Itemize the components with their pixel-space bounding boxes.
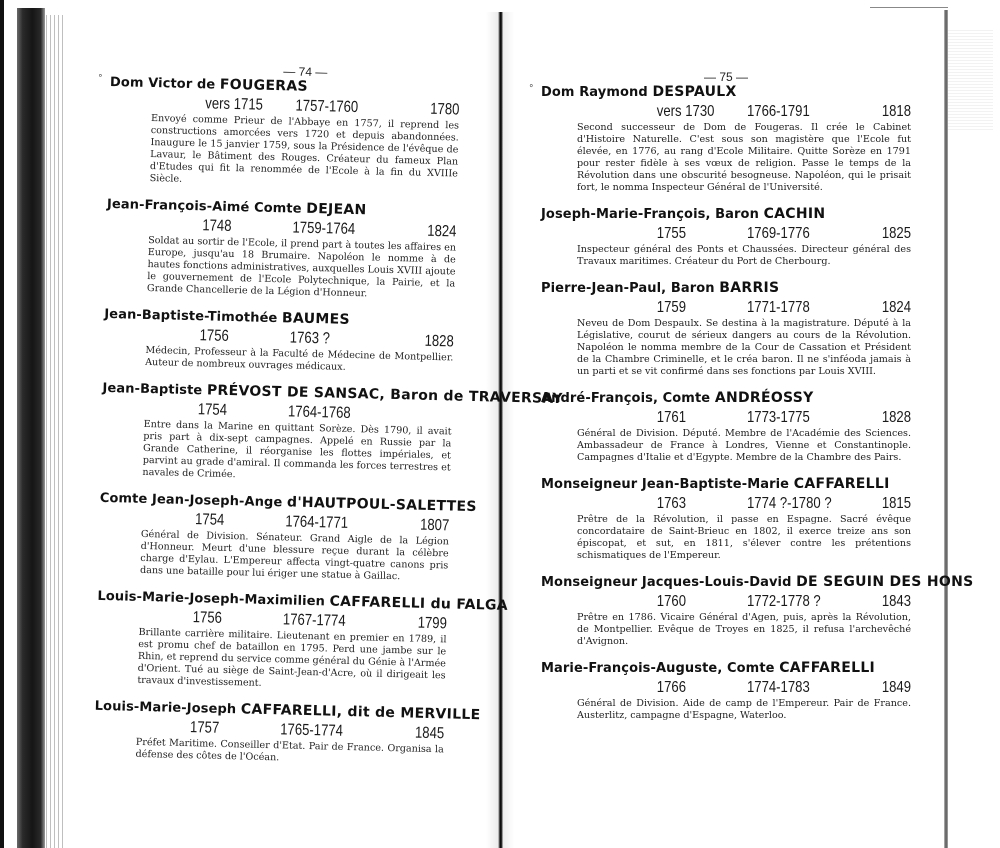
school-years: 1764-1768 [288, 403, 411, 424]
biography-entry: Marie-François-Auguste, Comte CAFFARELLI… [541, 660, 911, 722]
person-name: Monseigneur Jacques-Louis-David DE SEGUI… [541, 574, 911, 591]
center-gutter [498, 12, 503, 848]
biography-text: Général de Division. Député. Membre de l… [577, 428, 911, 464]
biography-text: Général de Division. Aide de camp de l'E… [577, 698, 911, 722]
birth-year: 1766 [657, 679, 747, 697]
person-name: Monseigneur Jean-Baptiste-Marie CAFFAREL… [541, 476, 911, 493]
surname: DE SEGUIN DES HONS [796, 574, 973, 590]
birth-year: 1756 [199, 327, 290, 347]
biography-text: Brillante carrière militaire. Lieutenant… [137, 627, 446, 695]
date-row: 1760 1772-1778 ? 1843 [608, 593, 911, 611]
person-name: Joseph-Marie-François, Baron CACHIN [541, 206, 911, 223]
death-year: 1780 [418, 101, 459, 120]
surname: BAUMES [282, 310, 350, 328]
birth-year: 1760 [657, 593, 747, 611]
death-year: 1828 [870, 409, 911, 427]
school-years: 1766-1791 [747, 103, 870, 121]
date-row: 1763 1774 ?-1780 ? 1815 [608, 495, 911, 513]
person-name: Marie-François-Auguste, Comte CAFFARELLI [541, 660, 911, 677]
right-margin-texture [948, 30, 993, 130]
birth-year: 1755 [657, 225, 747, 243]
given-name: Louis-Marie-Joseph-Maximilien [97, 589, 325, 610]
birth-year: 1748 [202, 217, 293, 237]
biography-entry: Pierre-Jean-Paul, Baron BARRIS 1759 1771… [541, 280, 911, 378]
school-years: 1767-1774 [283, 611, 406, 632]
page-number: — 75 — [541, 70, 911, 84]
biography-entry: ° Dom Raymond DESPAULX vers 1730 1766-17… [541, 84, 911, 194]
biography-entry: Monseigneur Jacques-Louis-David DE SEGUI… [541, 574, 911, 648]
surname: CAFFARELLI du FALGA [329, 593, 508, 613]
person-name: Jean-Baptiste PRÉVOST DE SANSAC, Baron d… [102, 380, 452, 406]
surname: DEJEAN [306, 201, 367, 218]
given-name: Jean-Baptiste-Timothée [104, 307, 277, 326]
school-years: 1774 ?-1780 ? [747, 495, 870, 513]
entry-list: ° Dom Victor de FOUGERAS vers 1715 1757-… [93, 74, 460, 768]
school-years: 1765-1774 [280, 721, 403, 742]
surname: DESPAULX [652, 84, 736, 100]
page-stack-edge [46, 15, 64, 848]
biography-entry: Louis-Marie-Joseph CAFFARELLI, dit de ME… [93, 698, 444, 769]
birth-year: 1756 [193, 609, 284, 629]
person-name: Pierre-Jean-Paul, Baron BARRIS [541, 280, 911, 297]
surname: FOUGERAS [220, 77, 308, 95]
person-name: Jean-Baptiste-Timothée BAUMES [104, 306, 454, 332]
book-binding-edge [17, 8, 45, 848]
person-name: Jean-François-Aimé Comte DEJEAN [107, 196, 457, 222]
biography-entry: ° Dom Victor de FOUGERAS vers 1715 1757-… [108, 74, 461, 193]
biography-text: Second successeur de Dom de Fougeras. Il… [577, 122, 911, 194]
given-name: Comte Jean-Joseph-Ange [100, 491, 283, 510]
school-years: 1759-1764 [292, 219, 415, 240]
birth-year: vers 1730 [657, 103, 747, 121]
entry-marker: ° [529, 84, 534, 94]
biography-entry: Jean-Baptiste PRÉVOST DE SANSAC, Baron d… [100, 380, 452, 487]
death-year: 1843 [870, 593, 911, 611]
school-years: 1757-1760 [295, 98, 418, 119]
biography-text: Envoyé comme Prieur de l'Abbaye en 1757,… [149, 113, 459, 193]
date-row: 1759 1771-1778 1824 [608, 299, 911, 317]
right-page: — 75 — ° Dom Raymond DESPAULX vers 1730 … [541, 0, 911, 734]
given-name: Dom Victor de [110, 75, 216, 93]
death-year: 1824 [870, 299, 911, 317]
given-name: Marie-François-Auguste, Comte [541, 661, 775, 676]
given-name: Louis-Marie-Joseph [95, 699, 237, 717]
given-name: Jean-François-Aimé Comte [107, 197, 302, 217]
date-row: 1761 1773-1775 1828 [608, 409, 911, 427]
given-name: Monseigneur Jean-Baptiste-Marie [541, 477, 789, 492]
death-year: 1815 [870, 495, 911, 513]
person-name: Louis-Marie-Joseph CAFFARELLI, dit de ME… [95, 698, 445, 724]
given-name: Monseigneur Jacques-Louis-David [541, 575, 792, 590]
school-years: 1769-1776 [747, 225, 870, 243]
left-page: — 74 — ° Dom Victor de FOUGERAS vers 171… [93, 0, 462, 780]
biography-text: Entre dans la Marine en quittant Sorèze.… [142, 419, 451, 487]
surname: BARRIS [719, 280, 779, 296]
death-year: 1807 [408, 516, 449, 535]
death-year: 1845 [403, 724, 444, 743]
biography-entry: Monseigneur Jean-Baptiste-Marie CAFFAREL… [541, 476, 911, 562]
school-years: 1773-1775 [747, 409, 870, 427]
biography-text: Neveu de Dom Despaulx. Se destina à la m… [577, 318, 911, 378]
biography-entry: Louis-Marie-Joseph-Maximilien CAFFARELLI… [95, 588, 447, 695]
given-name: Pierre-Jean-Paul, Baron [541, 281, 715, 296]
scan-left-edge [0, 0, 4, 848]
given-name: Joseph-Marie-François, Baron [541, 207, 759, 222]
right-page-edge [944, 10, 948, 848]
biography-text: Général de Division. Sénateur. Grand Aig… [140, 529, 449, 585]
birth-year: 1757 [190, 719, 281, 739]
surname: ANDRÉOSSY [715, 390, 814, 406]
biography-entry: Joseph-Marie-François, Baron CACHIN 1755… [541, 206, 911, 268]
death-year: 1824 [415, 222, 456, 241]
biography-entry: André-François, Comte ANDRÉOSSY 1761 177… [541, 390, 911, 464]
person-name: Dom Raymond DESPAULX [541, 84, 911, 101]
death-year [411, 406, 452, 425]
given-name: Dom Raymond [541, 85, 648, 100]
surname: CAFFARELLI [779, 660, 875, 676]
school-years: 1774-1783 [747, 679, 870, 697]
date-row: 1766 1774-1783 1849 [608, 679, 911, 697]
person-name: Comte Jean-Joseph-Ange d'HAUTPOUL-SALETT… [100, 490, 450, 516]
birth-year: 1761 [657, 409, 747, 427]
school-years: 1763 ? [290, 329, 413, 350]
given-name: Jean-Baptiste [102, 381, 202, 398]
biography-entry: Jean-François-Aimé Comte DEJEAN 1748 175… [105, 196, 457, 303]
death-year: 1799 [406, 614, 447, 633]
given-name: André-François, Comte [541, 391, 710, 406]
biography-entry: Comte Jean-Joseph-Ange d'HAUTPOUL-SALETT… [98, 490, 450, 585]
birth-year: 1754 [198, 401, 289, 421]
biography-text: Prêtre en 1786. Vicaire Général d'Agen, … [577, 612, 911, 648]
biography-entry: Jean-Baptiste-Timothée BAUMES 1756 1763 … [103, 306, 454, 377]
birth-year: 1754 [195, 511, 286, 531]
surname: CAFFARELLI [794, 476, 890, 492]
death-year: 1818 [870, 103, 911, 121]
birth-year: vers 1715 [205, 95, 296, 115]
person-name: Louis-Marie-Joseph-Maximilien CAFFARELLI… [97, 588, 447, 614]
entry-marker: ° [98, 74, 103, 84]
surname: d'HAUTPOUL-SALETTES [287, 494, 477, 515]
death-year: 1849 [870, 679, 911, 697]
surname: CAFFARELLI, dit de MERVILLE [241, 701, 481, 723]
birth-year: 1763 [657, 495, 747, 513]
entry-list: ° Dom Raymond DESPAULX vers 1730 1766-17… [541, 84, 911, 722]
school-years: 1771-1778 [747, 299, 870, 317]
person-name: André-François, Comte ANDRÉOSSY [541, 390, 911, 407]
date-row: vers 1730 1766-1791 1818 [608, 103, 911, 121]
death-year: 1828 [413, 332, 454, 351]
school-years: 1764-1771 [285, 513, 408, 534]
biography-text: Prêtre de la Révolution, il passe en Esp… [577, 514, 911, 562]
biography-text: Inspecteur général des Ponts et Chaussée… [577, 244, 911, 268]
date-row: 1755 1769-1776 1825 [608, 225, 911, 243]
school-years: 1772-1778 ? [747, 593, 870, 611]
death-year: 1825 [870, 225, 911, 243]
surname: CACHIN [764, 206, 826, 222]
birth-year: 1759 [657, 299, 747, 317]
biography-text: Soldat au sortir de l'Ecole, il prend pa… [147, 235, 456, 303]
